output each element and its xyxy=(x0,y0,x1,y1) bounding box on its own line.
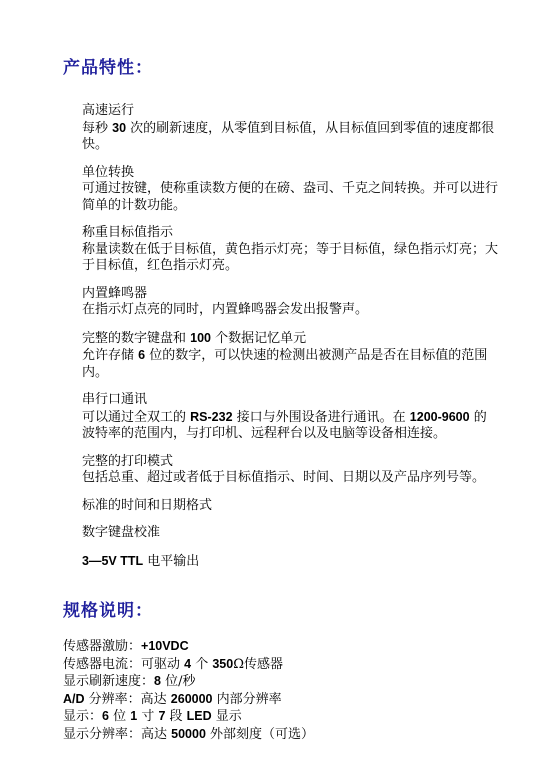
feature-item: 标准的时间和日期格式 xyxy=(63,498,498,515)
bullet-icon xyxy=(63,392,82,398)
specs-list: 传感器激励：+10VDC 传感器电流：可驱动 4 个 350Ω传感器 显示刷新速… xyxy=(63,638,498,744)
feature-item: 完整的数字键盘和 100 个数据记忆单元 允许存储 6 位的数字，可以快速的检测… xyxy=(63,330,498,382)
feature-body: 每秒 30 次的刷新速度，从零值到目标值，从目标值回到零值的速度都很快。 xyxy=(82,120,498,154)
feature-title: 内置蜂鸣器 xyxy=(82,286,498,303)
feature-body: 称量读数在低于目标值，黄色指示灯亮；等于目标值，绿色指示灯亮；大于目标值，红色指… xyxy=(82,242,498,275)
specs-heading: 规格说明： xyxy=(63,600,498,622)
feature-item: 数字键盘校准 xyxy=(63,525,498,542)
bullet-icon xyxy=(63,165,82,171)
bullet-icon xyxy=(63,330,82,336)
feature-body: 可通过按键，使称重读数方便的在磅、盎司、千克之间转换。并可以进行简单的计数功能。 xyxy=(82,181,498,214)
spec-line: 传感器激励：+10VDC xyxy=(63,638,498,656)
bullet-icon xyxy=(63,103,82,109)
bullet-icon xyxy=(63,553,82,559)
feature-title: 称重目标值指示 xyxy=(82,225,498,242)
feature-title: 串行口通讯 xyxy=(82,392,498,409)
spec-line: 传感器电流：可驱动 4 个 350Ω传感器 xyxy=(63,656,498,674)
features-list: 高速运行 每秒 30 次的刷新速度，从零值到目标值，从目标值回到零值的速度都很快… xyxy=(63,103,498,570)
bullet-icon xyxy=(63,498,82,504)
feature-body: 允许存储 6 位的数字，可以快速的检测出被测产品是否在目标值的范围内。 xyxy=(82,347,498,381)
feature-body: 可以通过全双工的 RS-232 接口与外围设备进行通讯。在 1200-9600 … xyxy=(82,409,498,443)
feature-body: 在指示灯点亮的同时，内置蜂鸣器会发出报警声。 xyxy=(82,302,498,319)
spec-line: 显示分辨率：高达 50000 外部刻度（可选） xyxy=(63,726,498,744)
feature-title: 完整的数字键盘和 100 个数据记忆单元 xyxy=(82,330,498,348)
bullet-icon xyxy=(63,286,82,292)
feature-item: 串行口通讯 可以通过全双工的 RS-232 接口与外围设备进行通讯。在 1200… xyxy=(63,392,498,443)
spec-line: 显示：6 位 1 寸 7 段 LED 显示 xyxy=(63,708,498,726)
feature-title: 完整的打印模式 xyxy=(82,454,498,471)
document-page: 产品特性： 高速运行 每秒 30 次的刷新速度，从零值到目标值，从目标值回到零值… xyxy=(0,0,553,779)
feature-title: 高速运行 xyxy=(82,103,498,120)
feature-item: 完整的打印模式 包括总重、超过或者低于目标值指示、时间、日期以及产品序列号等。 xyxy=(63,454,498,487)
feature-item: 3—5V TTL 电平输出 xyxy=(63,553,498,571)
features-heading: 产品特性： xyxy=(63,57,498,79)
bullet-icon xyxy=(63,525,82,531)
bullet-icon xyxy=(63,225,82,231)
bullet-icon xyxy=(63,454,82,460)
feature-title: 3—5V TTL 电平输出 xyxy=(82,553,498,571)
spec-line: A/D 分辨率：高达 260000 内部分辨率 xyxy=(63,691,498,709)
feature-item: 内置蜂鸣器 在指示灯点亮的同时，内置蜂鸣器会发出报警声。 xyxy=(63,286,498,319)
feature-title: 单位转换 xyxy=(82,165,498,182)
feature-title: 标准的时间和日期格式 xyxy=(82,498,498,515)
feature-body: 包括总重、超过或者低于目标值指示、时间、日期以及产品序列号等。 xyxy=(82,470,498,487)
feature-item: 高速运行 每秒 30 次的刷新速度，从零值到目标值，从目标值回到零值的速度都很快… xyxy=(63,103,498,154)
feature-item: 称重目标值指示 称量读数在低于目标值，黄色指示灯亮；等于目标值，绿色指示灯亮；大… xyxy=(63,225,498,275)
feature-title: 数字键盘校准 xyxy=(82,525,498,542)
spec-line: 显示刷新速度：8 位/秒 xyxy=(63,673,498,691)
feature-item: 单位转换 可通过按键，使称重读数方便的在磅、盎司、千克之间转换。并可以进行简单的… xyxy=(63,165,498,215)
